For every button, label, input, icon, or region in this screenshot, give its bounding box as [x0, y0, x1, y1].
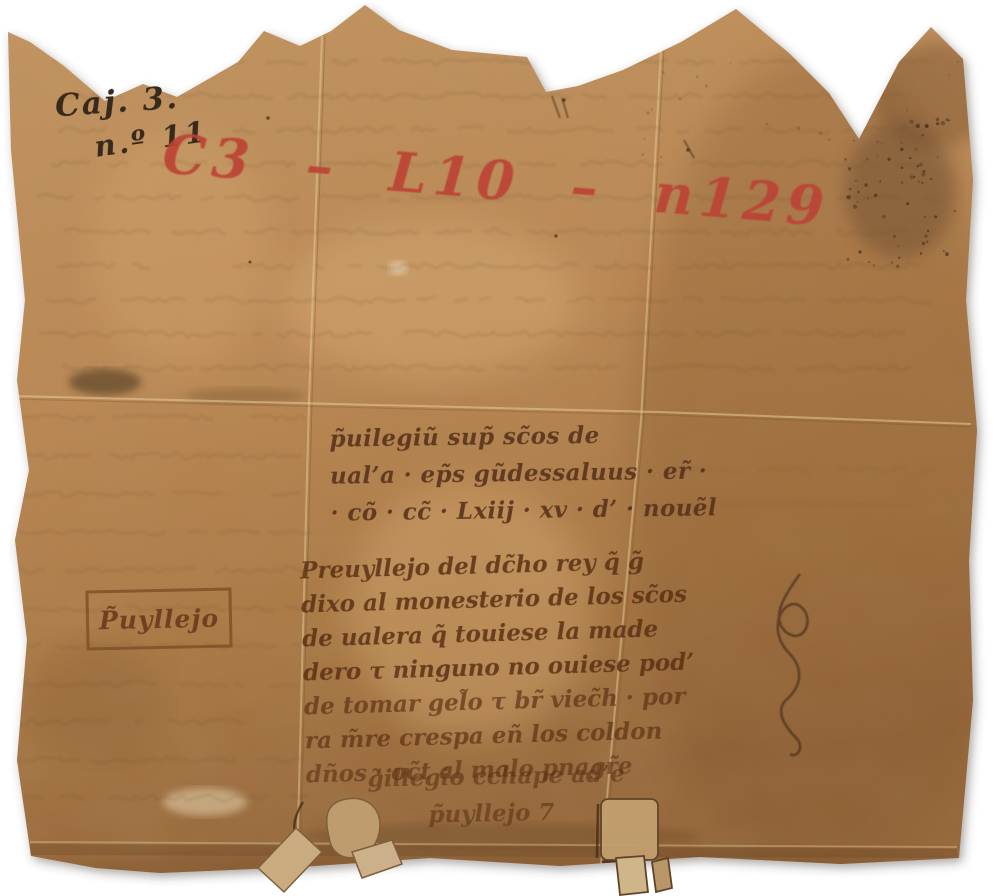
speckle-dot [900, 147, 904, 151]
manuscript-line: · cõ · cc̃ · Lxiij · xv · d’ · nouẽl [330, 489, 717, 531]
boxed-privilege-label: P̃uyllejo [85, 587, 232, 650]
speckle-dot [643, 138, 645, 140]
speckle-dot [882, 103, 884, 105]
manuscript-line: ual’a · ep̃s gũdessaluus · er̃ · [330, 452, 717, 494]
speckle-dot [943, 250, 945, 252]
speckle-dot [927, 230, 930, 233]
speckle-dot [945, 252, 949, 256]
speckle-dot [917, 165, 920, 168]
speckle-dot [921, 181, 923, 183]
speckle-dot [896, 265, 899, 268]
speckle-dot [921, 134, 923, 136]
speckle-dot [954, 210, 956, 212]
speckle-dot [936, 122, 939, 125]
speckle-dot [937, 156, 939, 158]
manuscript-line: g̃illegio cchape ad’e [367, 755, 625, 797]
speckle-dot [730, 62, 732, 64]
top-smudge [92, 36, 148, 56]
speckle-dot [873, 264, 875, 266]
speckle-dot [957, 61, 959, 63]
speckle-dot [857, 191, 860, 194]
speckle-dot [909, 119, 913, 123]
speckle-dot [924, 234, 927, 237]
fold-blotch [69, 369, 141, 395]
speckle-dot [876, 155, 878, 157]
speckle-dot [867, 197, 869, 199]
speckle-dot [855, 180, 857, 182]
speckle-dot [921, 172, 925, 176]
speckle-dot [678, 98, 681, 101]
speckle-dot [646, 111, 650, 115]
speckle-dot [941, 121, 945, 125]
speckle-dot [914, 148, 918, 152]
speckle-dot [913, 176, 915, 178]
manuscript-line: p̃uyllejo 7 [428, 792, 626, 833]
speckle-dot [934, 215, 937, 218]
speckle-dot [819, 132, 822, 135]
speckle-dot [641, 153, 644, 156]
speckle-dot [866, 158, 868, 160]
latin-summary-block: p̃uilegiũ sup̃ sc̃os deual’a · ep̃s gũde… [329, 415, 717, 531]
speckle-dot [844, 158, 847, 161]
speckle-dot [924, 216, 926, 218]
speckle-dot [945, 118, 948, 121]
white-stain [163, 788, 247, 816]
speckle-dot [936, 118, 940, 122]
speckle-dot [705, 84, 708, 87]
speckle-dot [849, 188, 852, 191]
speckle-dot [874, 194, 878, 198]
speckle-dot [828, 138, 831, 141]
spanish-summary-block: Preuyllejo del dc̃ho rey q̃ g̃dixo al mo… [300, 544, 698, 793]
speckle-dot [853, 204, 857, 208]
speckle-dot [909, 157, 911, 159]
speckle-dot [922, 242, 925, 245]
speckle-dot [696, 75, 699, 78]
dark-speckle-patch [845, 122, 955, 258]
closing-lines-block: g̃illegio cchape ad’ep̃uyllejo 7 [367, 755, 626, 834]
speckle-dot [864, 183, 868, 187]
speckle-dot [901, 167, 903, 169]
speckle-dot [882, 215, 886, 219]
speckle-dot [853, 140, 855, 142]
speckle-dot [864, 73, 867, 76]
speckle-dot [916, 124, 920, 128]
speckle-dot [765, 122, 768, 125]
speckle-dot [898, 257, 900, 259]
speckle-dot [893, 235, 896, 238]
speckle-dot [901, 142, 903, 144]
speckle-dot [891, 63, 893, 65]
speckle-dot [855, 73, 859, 77]
speckle-dot [906, 109, 908, 111]
speckle-dot [876, 140, 879, 143]
speckle-dot [847, 258, 850, 261]
speckle-dot [660, 156, 663, 159]
speckle-dot [920, 252, 922, 254]
left-low-shading [25, 640, 165, 760]
speckle-dot [906, 202, 909, 205]
speckle-dot [926, 125, 929, 128]
speckle-dot [919, 163, 923, 167]
speckle-dot [848, 167, 851, 170]
speckle-dot [926, 241, 928, 243]
speckle-dot [887, 158, 890, 161]
speckle-dot [857, 201, 859, 203]
speckle-dot [797, 126, 801, 130]
speckle-dot [910, 175, 914, 179]
speckle-dot [901, 181, 903, 183]
speckle-dot [847, 195, 851, 199]
speckle-dot [930, 178, 932, 180]
speckle-dot [891, 261, 894, 264]
speckle-dot [897, 245, 899, 247]
speckle-dot [881, 142, 883, 144]
speckle-dot [948, 74, 950, 76]
manuscript-line: p̃uilegiũ sup̃ sc̃os de [329, 415, 716, 457]
speckle-dot [918, 181, 920, 183]
speckle-dot [879, 181, 881, 183]
speckle-dot [662, 71, 665, 74]
speckle-dot [650, 108, 653, 111]
parchment-photo: Caj. 3. n.º 11 C3 – L10 – n129 P̃uyllejo… [0, 0, 1000, 896]
speckle-dot [868, 261, 870, 263]
